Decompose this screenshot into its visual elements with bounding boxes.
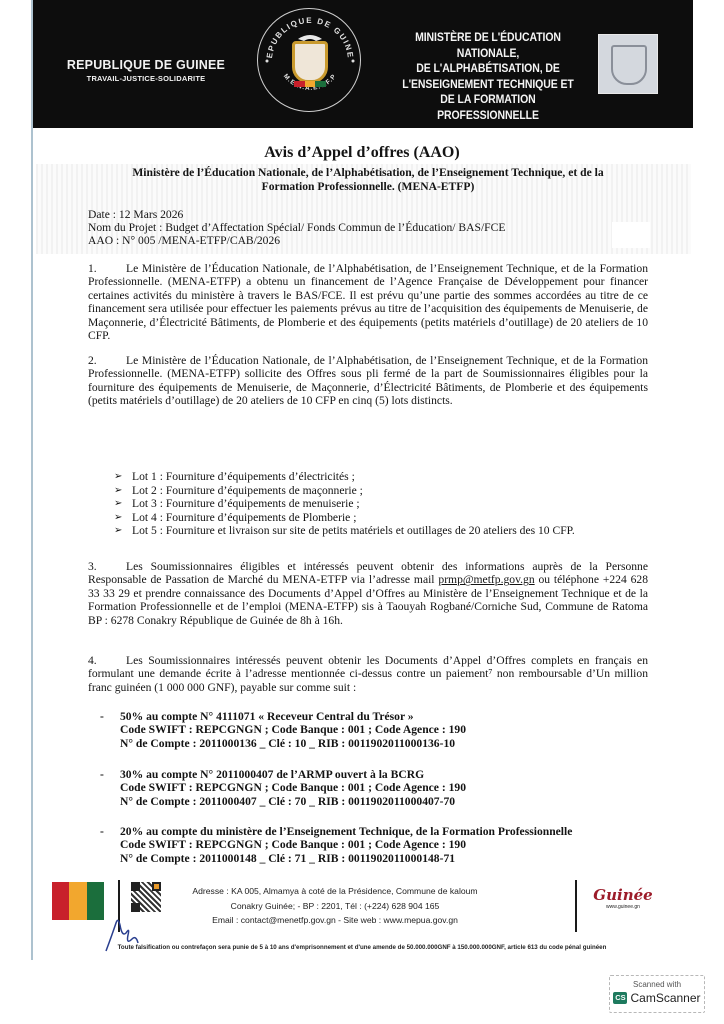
watermark-caption: Scanned with [610,980,704,989]
arrow-bullet-icon: ➢ [114,497,132,511]
lot-item: ➢Lot 5 : Fourniture et livraison sur sit… [114,524,575,538]
dash-bullet-icon: - [100,825,104,838]
arrow-bullet-icon: ➢ [114,484,132,498]
lot-item: ➢Lot 4 : Fourniture d’équipements de Plo… [114,511,575,525]
dash-bullet-icon: - [100,768,104,781]
tender-reference: AAO : N° 005 /MENA-ETFP/CAB/2026 [88,234,648,247]
arrow-bullet-icon: ➢ [114,524,132,538]
paragraph-2: 2.Le Ministère de l’Éducation Nationale,… [88,354,648,408]
paragraph-number: 1. [88,262,126,275]
paragraph-text: Le Ministère de l’Éducation Nationale, d… [88,262,648,342]
camscanner-logo-icon: CS [613,992,627,1004]
arrow-bullet-icon: ➢ [114,470,132,484]
lots-list: ➢Lot 1 : Fourniture d’équipements d’élec… [114,470,575,538]
seal-stamp-image [598,34,658,94]
guinee-logo-url: www.guinee.gn [593,904,653,910]
paragraph-text: Le Ministère de l’Éducation Nationale, d… [88,354,648,407]
paragraph-3: 3.Les Soumissionnaires éligibles et inté… [88,560,648,627]
lot-item: ➢Lot 3 : Fourniture d’équipements de men… [114,497,575,511]
tender-metadata: Date : 12 Mars 2026 Nom du Projet : Budg… [88,208,648,248]
watermark-brand: CamScanner [630,991,700,1005]
camscanner-watermark: Scanned with CS CamScanner [609,975,705,1013]
document-title: Avis d’Appel d’offres (AAO) [0,144,724,162]
paragraph-4: 4.Les Soumissionnaires intéressés peuven… [88,654,648,694]
country-name: REPUBLIQUE DE GUINEE [61,58,231,72]
guinee-brand-logo: Guinée www.guinee.gn [593,886,653,910]
qr-code-icon[interactable] [131,882,161,912]
paragraph-1: 1.Le Ministère de l’Éducation Nationale,… [88,262,648,342]
contact-email-link[interactable]: prmp@metfp.gov.gn [438,573,534,586]
arrow-bullet-icon: ➢ [114,511,132,525]
paragraph-number: 3. [88,560,126,573]
ministry-name: MINISTÈRE DE L'ÉDUCATION NATIONALE, DE L… [389,30,587,123]
footer-divider [575,880,577,932]
tender-date: Date : 12 Mars 2026 [88,208,648,221]
legal-notice: Toute falsification ou contrefaçon sera … [18,944,706,951]
guinea-flag-icon [52,882,104,920]
payment-account-1: - 50% au compte N° 4111071 « Receveur Ce… [120,710,620,750]
paragraph-number: 2. [88,354,126,367]
payment-account-3: - 20% au compte du ministère de l’Enseig… [120,825,620,865]
ministry-heading: Ministère de l’Éducation Nationale, de l… [88,166,648,193]
paragraph-text: Les Soumissionnaires intéressés peuvent … [88,654,648,694]
footer-address: Adresse : KA 005, Almamya à coté de la P… [175,884,495,928]
seal-shield-icon [611,45,647,85]
guinee-logo-word: Guinée [593,886,653,904]
letterhead-band: REPUBLIQUE DE GUINEE TRAVAIL-JUSTICE-SOL… [33,0,693,128]
lot-item: ➢Lot 1 : Fourniture d’équipements d’élec… [114,470,575,484]
lot-item: ➢Lot 2 : Fourniture d’équipements de maç… [114,484,575,498]
national-motto: TRAVAIL-JUSTICE-SOLIDARITE [61,74,231,83]
coat-of-arms-emblem: REPUBLIQUE DE GUINEE M.E.N.A.E.T.F.P [257,8,361,112]
project-name: Nom du Projet : Budget d’Affectation Spé… [88,221,648,234]
payment-account-2: - 30% au compte N° 2011000407 de l’ARMP … [120,768,620,808]
shield-icon [292,41,328,83]
flag-stripe-icon [294,81,326,87]
republic-block: REPUBLIQUE DE GUINEE TRAVAIL-JUSTICE-SOL… [61,58,231,83]
dash-bullet-icon: - [100,710,104,723]
paragraph-number: 4. [88,654,126,667]
